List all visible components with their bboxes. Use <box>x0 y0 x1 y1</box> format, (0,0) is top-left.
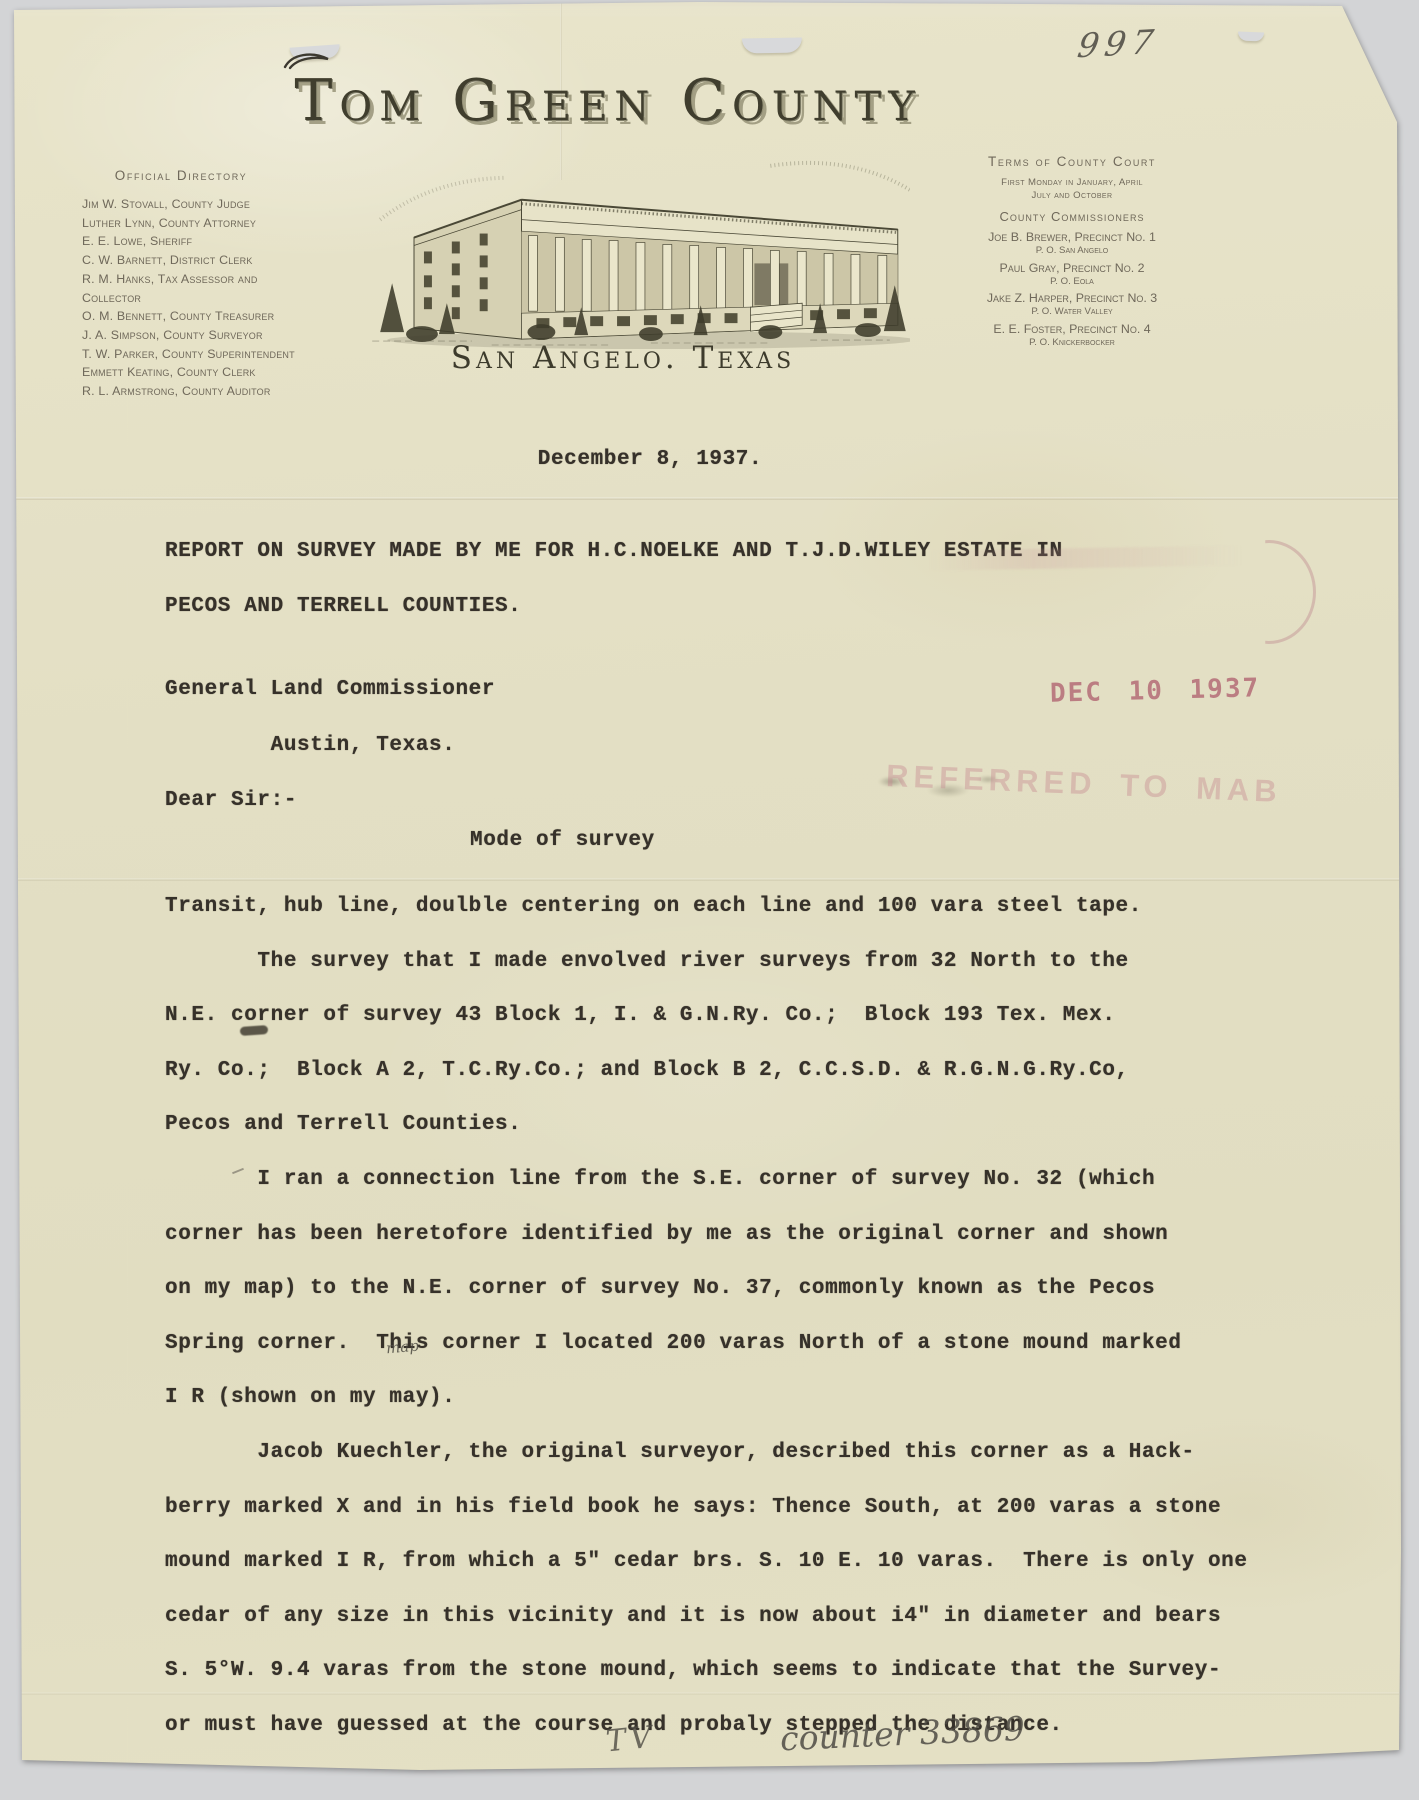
directory-entry: E. E. Lowe, Sheriff <box>66 232 296 251</box>
commissioner-po: P. O. Water Valley <box>958 306 1186 319</box>
commissioner-name: Joe B. Brewer, Precinct No. 1 <box>958 230 1186 245</box>
commissioner-po: P. O. San Angelo <box>958 245 1186 258</box>
commissioners-title: County Commissioners <box>958 209 1186 224</box>
commissioner-entry: Paul Gray, Precinct No. 2 P. O. Eola <box>958 261 1186 289</box>
corner-crease <box>1362 0 1419 116</box>
commissioner-name: Jake Z. Harper, Precinct No. 3 <box>958 291 1186 306</box>
commissioner-name: E. E. Foster, Precinct No. 4 <box>958 322 1186 337</box>
commissioner-entry: Joe B. Brewer, Precinct No. 1 P. O. San … <box>958 230 1186 258</box>
letter-body: Transit, hub line, doulble centering on … <box>165 880 1248 1754</box>
typed-line: Spring corner. This corner I located 200… <box>165 1317 1248 1372</box>
directory-entry: O. M. Bennett, County Treasurer <box>66 307 296 326</box>
directory-title: Official Directory <box>66 168 296 183</box>
typed-line: Pecos and Terrell Counties. <box>165 1098 1248 1153</box>
letter-subject: REPORT ON SURVEY MADE BY ME FOR H.C.NOEL… <box>165 524 1063 634</box>
typed-line: I ran a connection line from the S.E. co… <box>165 1153 1248 1208</box>
typed-line: berry marked X and in his field book he … <box>165 1481 1248 1536</box>
directory-entry: R. M. Hanks, Tax Assessor and Collector <box>66 270 296 307</box>
commissioners-list: Joe B. Brewer, Precinct No. 1 P. O. San … <box>958 230 1186 349</box>
commissioner-name: Paul Gray, Precinct No. 2 <box>958 261 1186 276</box>
typed-line: Transit, hub line, doulble centering on … <box>165 880 1248 935</box>
letterhead-city: San Angelo. Texas <box>418 340 828 376</box>
typed-line: Austin, Texas. <box>165 718 495 774</box>
official-directory: Official Directory Jim W. Stovall, Count… <box>66 168 296 401</box>
letter-date: December 8, 1937. <box>440 448 860 471</box>
handwritten-page-number: 997 <box>1075 22 1162 66</box>
letterhead-county-name: Tom Green County <box>258 68 958 134</box>
typed-line: Dear Sir:- <box>165 773 495 829</box>
typed-line: I R (shown on my may). <box>165 1371 1248 1426</box>
directory-entry: Emmett Keating, County Clerk <box>66 363 296 382</box>
typed-line: corner has been heretofore identified by… <box>165 1208 1248 1263</box>
directory-entries: Jim W. Stovall, County JudgeLuther Lynn,… <box>66 195 296 401</box>
commissioner-po: P. O. Knickerbocker <box>958 337 1186 350</box>
directory-entry: R. L. Armstrong, County Auditor <box>66 382 296 401</box>
directory-entry: Jim W. Stovall, County Judge <box>66 195 296 214</box>
stamp-smear <box>928 545 1243 570</box>
letter-address: General Land Commissioner Austin, Texas.… <box>165 662 495 829</box>
county-court-terms: Terms of County Court First Monday in Ja… <box>958 154 1186 352</box>
typed-line: The survey that I made envolved river su… <box>165 935 1248 990</box>
handwritten-initials: TV <box>604 1719 657 1759</box>
typed-line: cedar of any size in this vicinity and i… <box>165 1590 1248 1645</box>
typed-line: Jacob Kuechler, the original surveyor, d… <box>165 1426 1248 1481</box>
courthouse-engraving <box>352 136 910 350</box>
date-received-stamp: DEC 10 1937 <box>1050 673 1261 708</box>
court-terms-line: July and October <box>958 190 1186 203</box>
commissioner-po: P. O. Eola <box>958 276 1186 289</box>
directory-entry: C. W. Barnett, District Clerk <box>66 251 296 270</box>
typed-line: Ry. Co.; Block A 2, T.C.Ry.Co.; and Bloc… <box>165 1044 1248 1099</box>
typed-line: mound marked I R, from which a 5" cedar … <box>165 1535 1248 1590</box>
typed-line: S. 5°W. 9.4 varas from the stone mound, … <box>165 1644 1248 1699</box>
edge-tear <box>1238 32 1264 42</box>
ink-blot <box>240 1025 269 1036</box>
typed-line: or must have guessed at the course and p… <box>165 1699 1248 1754</box>
directory-entry: Luther Lynn, County Attorney <box>66 214 296 233</box>
court-terms-title: Terms of County Court <box>958 154 1186 169</box>
commissioner-entry: E. E. Foster, Precinct No. 4 P. O. Knick… <box>958 322 1186 350</box>
typed-line: PECOS AND TERRELL COUNTIES. <box>165 579 1063 634</box>
handwritten-map-correction: map <box>385 1337 419 1358</box>
edge-tear <box>742 37 802 53</box>
mode-of-survey-heading: Mode of survey <box>470 829 655 852</box>
directory-entry: T. W. Parker, County Superintendent <box>66 345 296 364</box>
fold-crease <box>14 497 1399 500</box>
typed-line: General Land Commissioner <box>165 662 495 718</box>
typed-line: N.E. corner of survey 43 Block 1, I. & G… <box>165 989 1248 1044</box>
directory-entry: J. A. Simpson, County Surveyor <box>66 326 296 345</box>
commissioner-entry: Jake Z. Harper, Precinct No. 3 P. O. Wat… <box>958 291 1186 319</box>
scanned-letter-page: 997 Tom Green County <box>0 0 1419 1800</box>
paper-shadow: 997 Tom Green County <box>0 0 1419 1800</box>
court-terms-line: First Monday in January, April <box>958 177 1186 190</box>
typed-line: on my map) to the N.E. corner of survey … <box>165 1262 1248 1317</box>
letter-paper: 997 Tom Green County <box>0 0 1419 1800</box>
